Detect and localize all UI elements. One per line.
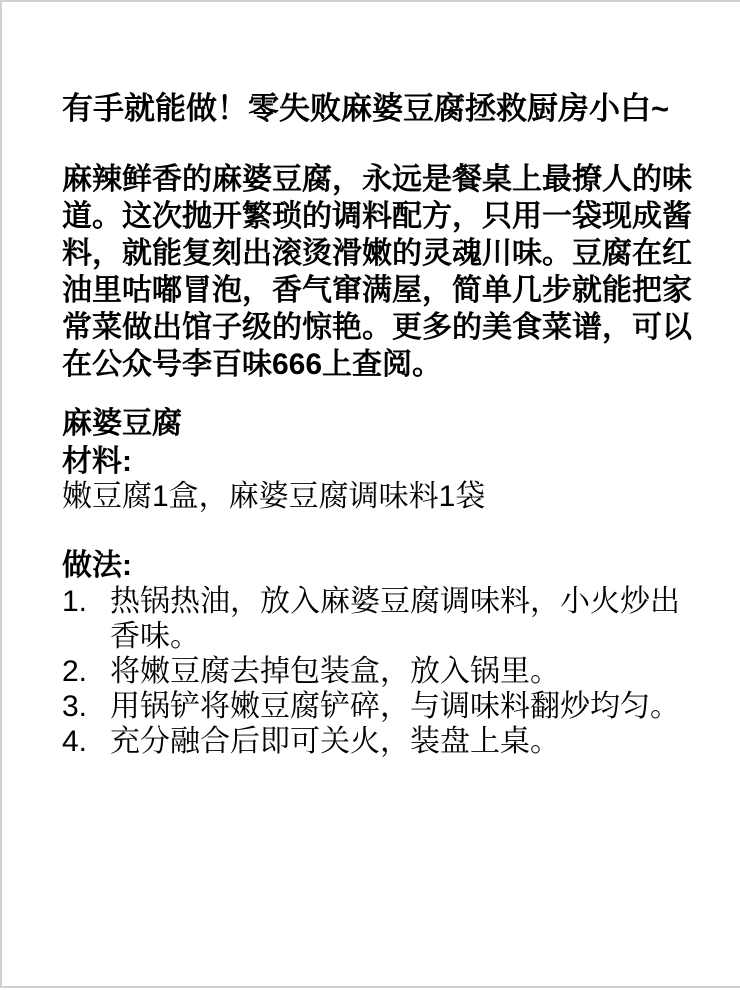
step-text: 充分融合后即可关火，装盘上桌。 [110,724,700,759]
recipe-name-heading: 麻婆豆腐 [62,404,700,444]
document-title: 有手就能做！零失败麻婆豆腐拯救厨房小白~ [62,90,700,128]
intro-paragraph: 麻辣鲜香的麻婆豆腐，永远是餐桌上最撩人的味 道。这次抛开繁琐的调料配方，只用一袋… [62,161,700,383]
step-number: 4. [62,724,110,759]
step-text: 将嫩豆腐去掉包装盒，放入锅里。 [110,654,700,689]
materials-text: 嫩豆腐1盒，麻婆豆腐调味料1袋 [62,480,700,514]
steps-list: 1. 热锅热油，放入麻婆豆腐调味料，小火炒出 香味。 2. 将嫩豆腐去掉包装盒，… [62,584,700,759]
materials-label: 材料: [62,444,700,480]
step-item: 1. 热锅热油，放入麻婆豆腐调味料，小火炒出 香味。 [62,584,700,654]
step-text-line: 热锅热油，放入麻婆豆腐调味料，小火炒出 [110,584,700,619]
intro-line: 料，就能复刻出滚烫滑嫩的灵魂川味。豆腐在红 [62,235,700,272]
step-item: 4. 充分融合后即可关火，装盘上桌。 [62,724,700,759]
step-number: 1. [62,584,110,654]
document-page: 有手就能做！零失败麻婆豆腐拯救厨房小白~ 麻辣鲜香的麻婆豆腐，永远是餐桌上最撩人… [0,0,740,988]
intro-line: 麻辣鲜香的麻婆豆腐，永远是餐桌上最撩人的味 [62,161,700,198]
step-text-line: 充分融合后即可关火，装盘上桌。 [110,724,700,759]
step-text: 热锅热油，放入麻婆豆腐调味料，小火炒出 香味。 [110,584,700,654]
step-text-line: 香味。 [110,619,700,654]
method-label: 做法: [62,547,700,584]
intro-line: 常菜做出馆子级的惊艳。更多的美食菜谱，可以 [62,309,700,346]
step-item: 3. 用锅铲将嫩豆腐铲碎，与调味料翻炒均匀。 [62,689,700,724]
step-item: 2. 将嫩豆腐去掉包装盒，放入锅里。 [62,654,700,689]
step-text-line: 用锅铲将嫩豆腐铲碎，与调味料翻炒均匀。 [110,689,700,724]
intro-line: 油里咕嘟冒泡，香气窜满屋，简单几步就能把家 [62,272,700,309]
intro-line: 在公众号李百味666上查阅。 [62,346,700,383]
intro-line: 道。这次抛开繁琐的调料配方，只用一袋现成酱 [62,198,700,235]
step-number: 2. [62,654,110,689]
step-number: 3. [62,689,110,724]
step-text: 用锅铲将嫩豆腐铲碎，与调味料翻炒均匀。 [110,689,700,724]
step-text-line: 将嫩豆腐去掉包装盒，放入锅里。 [110,654,700,689]
